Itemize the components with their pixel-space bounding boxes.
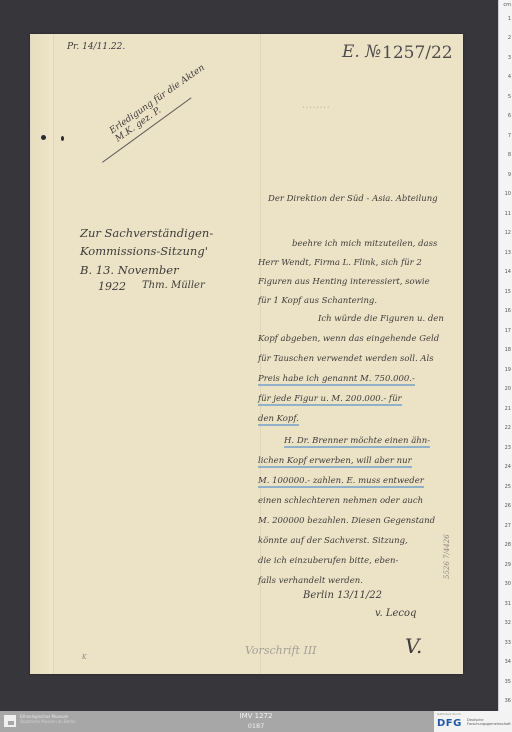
ruler-label: 6 [508,113,511,119]
typed-header: ········ [302,105,330,111]
signature: v. Lecoq [375,608,416,619]
ruler-label: 26 [505,503,511,509]
pencil-note: Vorschrift III [245,644,317,657]
funder-name: Deutsche Forschungsgemeinschaft [467,718,511,726]
ruler-label: 18 [505,347,511,353]
ruler-label: 14 [505,269,511,275]
ruler-label: 20 [505,386,511,392]
paragraph2-line-price: Preis habe ich genannt M. 750.000.- [258,374,415,386]
ruler-label: 35 [505,679,511,685]
ruler-label: 25 [505,484,511,490]
left-signature: Thm. Müller [142,280,205,291]
ruler-label: 28 [505,542,511,548]
paragraph3-line: M. 100000.- zahlen. E. muss entweder [258,476,424,488]
ruler-label: 27 [505,523,511,529]
paragraph1-line: Herr Wendt, Firma L. Flink, sich für 2 [258,258,422,268]
dfg-logo-icon: DFG [437,718,462,729]
place-date: Berlin 13/11/22 [303,590,382,601]
received-note: Pr. 14/11.22. [67,42,125,52]
ruler-label: 30 [505,581,511,587]
ruler-label: 23 [505,445,511,451]
funder-name-line2: Forschungsgemeinschaft [467,722,511,726]
ruler-label: 29 [505,562,511,568]
ruler-label: 2 [508,35,511,41]
document-page: Pr. 14/11.22. E. № 1257/22 Erledigung fü… [30,34,463,674]
ruler-label: 36 [505,698,511,704]
ruler-label: 11 [505,211,511,217]
ruler-label: 19 [505,367,511,373]
paragraph2-line: den Kopf. [258,414,299,426]
file-number-prefix: E. № [342,42,381,62]
ruler-label: 24 [505,464,511,470]
ruler-label: 5 [508,94,511,100]
paragraph1-line: beehre ich mich mitzuteilen, dass [292,239,437,249]
margin-number: 5526 7/4426 [443,489,451,579]
measurement-ruler: cm 1 2 3 4 5 6 7 8 9 10 11 12 13 14 15 1… [498,0,512,711]
paragraph2-line: für Tauschen verwendet werden soll. Als [258,354,434,364]
ruler-label: 31 [505,601,511,607]
ruler-label: 8 [508,152,511,158]
left-column-line: 1922 [98,280,126,293]
diagonal-note-line1: Erledigung für die Akten [108,63,207,136]
ruler-label: 21 [505,406,511,412]
funder-caption: Gefördert durch [437,712,461,716]
ruler-label: 15 [505,289,511,295]
ruler-label: 34 [505,659,511,665]
paragraph3-line: könnte auf der Sachverst. Sitzung, [258,536,408,546]
addressee: Der Direktion der Süd - Asia. Abteilung [268,194,438,204]
ruler-label: 12 [505,230,511,236]
ruler-label: 17 [505,328,511,334]
left-column-line: B. 13. November [80,263,179,277]
diagonal-note-line2: M.K. gez. P. [114,71,213,144]
ruler-label: 33 [505,640,511,646]
paragraph3-line: H. Dr. Brenner möchte einen ähn- [284,436,430,448]
ruler-label: 7 [508,133,511,139]
ruler-label: 3 [508,55,511,61]
ruler-label: 4 [508,74,511,80]
ruler-label: 10 [505,191,511,197]
punch-hole [61,136,64,141]
left-column-line: Zur Sachverständigen- [80,226,213,240]
paragraph2-line: Kopf abgeben, wenn das eingehende Geld [258,334,439,344]
paragraph3-line: falls verhandelt werden. [258,576,363,586]
left-column-line: Kommissions-Sitzung' [80,244,208,258]
paragraph3-line: einen schlechteren nehmen oder auch [258,496,423,506]
file-number: 1257/22 [382,43,453,63]
ruler-unit: cm [503,2,511,8]
paragraph2-line-price: für jede Figur u. M. 200.000.- für [258,394,402,406]
page-binding-strip [30,34,54,674]
initial-signature: V. [405,634,422,658]
paragraph2-line: Ich würde die Figuren u. den [318,314,444,324]
bottom-small-mark: K [82,654,86,661]
paragraph1-line: für 1 Kopf aus Schantering. [258,296,377,306]
funder-badge: Gefördert durch DFG Deutsche Forschungsg… [434,711,512,732]
paragraph3-line: die ich einzuberufen bitte, eben- [258,556,398,566]
ruler-label: 32 [505,620,511,626]
ruler-label: 9 [508,172,511,178]
diagonal-note: Erledigung für die Akten M.K. gez. P. [108,63,212,144]
viewer-footer: Ethnologisches Museum Staatliche Museen … [0,711,512,732]
ruler-label: 13 [505,250,511,256]
ruler-label: 16 [505,308,511,314]
ruler-label: 1 [508,16,511,22]
paragraph3-line: M. 200000 bezahlen. Diesen Gegenstand [258,516,435,526]
paragraph3-line: lichen Kopf erwerben, will aber nur [258,456,412,468]
punch-hole [41,135,46,140]
paragraph1-line: Figuren aus Henting interessiert, sowie [258,277,430,287]
ruler-label: 22 [505,425,511,431]
